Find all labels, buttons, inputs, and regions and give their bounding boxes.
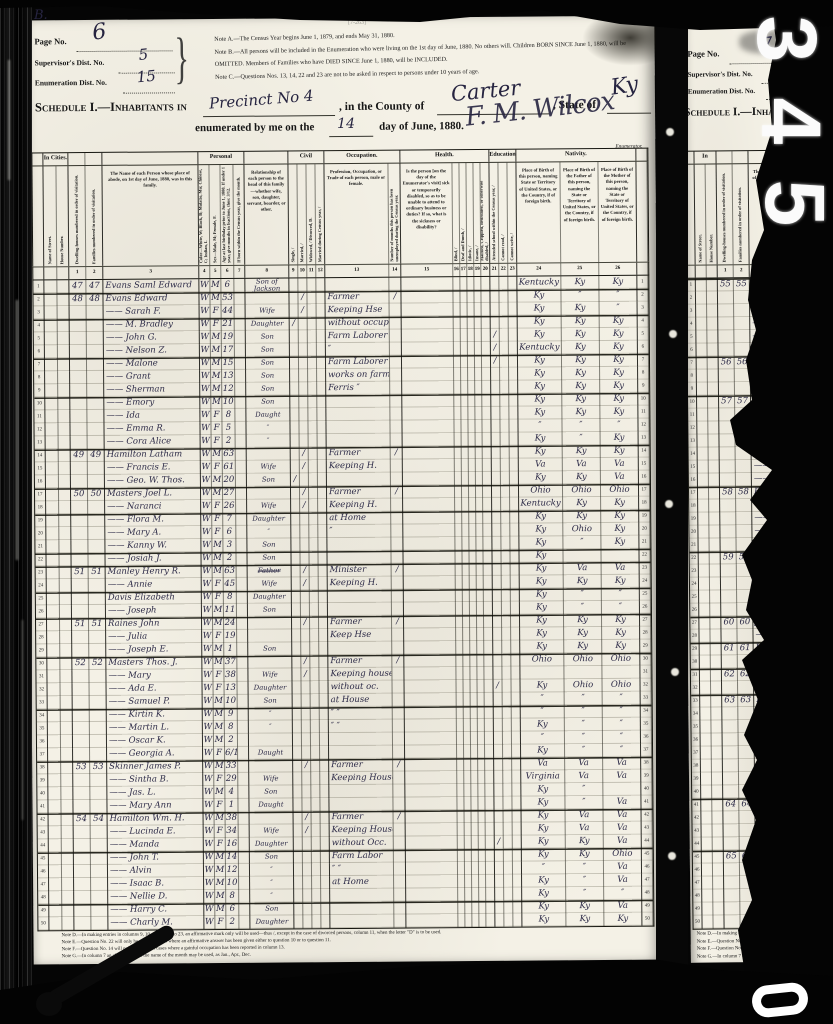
group-header: Health. — [400, 150, 489, 163]
cell-house — [713, 863, 724, 876]
cell-fam: 55 — [734, 278, 750, 291]
cell-mc — [484, 667, 493, 680]
cell-age: 12 — [222, 383, 235, 396]
cell-dw — [724, 837, 740, 850]
cell-name: Masters Joel L. — [105, 487, 201, 501]
group-header — [32, 153, 43, 165]
cell-house — [713, 824, 724, 837]
cell-rowl: 11 — [34, 410, 45, 423]
cell-mc — [482, 303, 491, 316]
cell-occ: ″ ″ — [330, 863, 394, 877]
cell-m: / — [301, 564, 310, 577]
cell-mo — [239, 851, 250, 864]
cell-rowl: 21 — [35, 540, 46, 553]
cell-name: Evans Saml Edward — [103, 279, 199, 293]
cell-sex: F — [214, 682, 225, 695]
cell-rowl: 32 — [37, 683, 48, 696]
cell-wd — [310, 668, 319, 681]
cell-mc — [485, 719, 494, 732]
cell-rowr: 24 — [640, 575, 651, 588]
cell-color: W — [202, 630, 213, 643]
cell-m — [303, 876, 312, 889]
cell-cr — [501, 472, 510, 485]
cell-age: 8 — [225, 721, 238, 734]
cell-age: 45 — [224, 578, 237, 591]
supervisor-district-value: 5 — [138, 45, 149, 64]
cell-rowr: 47 — [642, 874, 653, 887]
cell-rowl: 49 — [38, 904, 49, 917]
cell-mo — [237, 565, 248, 578]
cell-sch: / — [495, 836, 504, 849]
cell-rowr: 38 — [641, 757, 652, 770]
cell-fam — [88, 436, 105, 449]
cell-street — [45, 423, 58, 436]
cell-occ — [327, 538, 391, 552]
cell-rowr: 1 — [637, 276, 648, 289]
cell-wd — [308, 356, 317, 369]
cell-dw — [722, 655, 738, 668]
cell-rel: ″ — [247, 434, 291, 447]
cell-house — [710, 564, 721, 577]
cell-rowr: 40 — [641, 783, 652, 796]
cell-street — [47, 657, 60, 670]
cell-age: 29 — [225, 773, 238, 786]
cell-bp: Ky — [521, 744, 565, 757]
cell-wd — [312, 876, 321, 889]
cell-sex: M — [210, 292, 221, 305]
cell-cr — [500, 342, 509, 355]
cell-cr — [504, 862, 513, 875]
cell-mcy — [320, 798, 329, 811]
cell-sex: M — [211, 357, 222, 370]
cell-bp: Ky — [518, 315, 562, 328]
cell-occ: at Home — [327, 512, 391, 526]
cell-rowl: 50 — [693, 916, 702, 929]
cell-fbp: Ky — [563, 510, 601, 523]
cell-dw — [718, 343, 734, 356]
cell-sex: M — [214, 695, 225, 708]
cell-rowl: 4 — [34, 319, 45, 332]
cell-rowl: 47 — [693, 877, 702, 890]
cell-mu — [393, 733, 405, 746]
cell-sick — [402, 368, 454, 381]
cell-bp: Ohio — [520, 653, 564, 666]
cell-mo — [238, 799, 249, 812]
cell-house — [58, 397, 70, 410]
cell-sick — [406, 810, 458, 823]
cell-wd — [312, 824, 321, 837]
column-header: Place of Birth of the Mother of this per… — [598, 162, 637, 262]
cell-wd — [308, 330, 317, 343]
cell-bp: Ky — [517, 289, 561, 302]
cell-mcy — [319, 603, 328, 616]
cell-color: W — [200, 422, 211, 435]
cell-mo — [237, 643, 248, 656]
cell-sch — [492, 524, 501, 537]
cell-m — [299, 408, 308, 421]
cell-sch — [494, 797, 503, 810]
cell-dw — [720, 499, 736, 512]
cell-occ: ″ — [326, 343, 390, 357]
cell-s — [290, 369, 299, 382]
cell-mcy — [317, 369, 326, 382]
cell-dw — [74, 891, 91, 904]
cell-occ — [328, 642, 392, 656]
cell-mcy — [321, 824, 330, 837]
cell-cr — [503, 693, 512, 706]
cell-occ: ″ ″ — [329, 707, 393, 721]
cell-street — [702, 890, 713, 903]
cell-age: 33 — [225, 760, 238, 773]
cell-m: / — [303, 811, 312, 824]
cell-sch — [492, 472, 501, 485]
column-label-dw: Dwelling-houses numbered in order of vis… — [722, 164, 728, 264]
cell-mo — [235, 344, 246, 357]
cell-color: W — [200, 396, 211, 409]
cell-cr — [502, 615, 511, 628]
cell-m — [301, 603, 310, 616]
cell-fam — [736, 473, 752, 486]
cell-rel: Daughter — [249, 681, 293, 694]
cell-fbp — [563, 549, 601, 562]
cell-rowl: 22 — [690, 552, 699, 565]
cell-mcy — [317, 421, 326, 434]
cell-house — [708, 356, 719, 369]
cell-mc — [485, 784, 494, 797]
cell-mc — [484, 563, 493, 576]
cell-sex: M — [213, 617, 224, 630]
cell-mc — [482, 394, 491, 407]
cell-house — [708, 382, 719, 395]
cell-sick — [404, 628, 456, 641]
cell-house — [60, 644, 72, 657]
cell-s — [293, 759, 302, 772]
cell-color: W — [204, 851, 215, 864]
cell-rowl: 28 — [36, 631, 47, 644]
cell-sex: M — [213, 565, 224, 578]
cell-mo — [237, 656, 248, 669]
cell-sch — [493, 628, 502, 641]
cell-house — [61, 683, 73, 696]
cell-house — [710, 616, 721, 629]
column-label-wd: Widowed, / Divorced, D. — [308, 164, 314, 264]
cell-street — [697, 409, 708, 422]
cell-mu: / — [391, 486, 403, 499]
cell-fam — [89, 605, 106, 618]
cell-street — [699, 565, 710, 578]
cell-cw — [509, 420, 518, 433]
cell-mu — [391, 538, 403, 551]
cell-street — [699, 539, 710, 552]
cell-mc — [482, 316, 491, 329]
cell-fbp: ″ — [565, 705, 603, 718]
cell-dw: 47 — [69, 280, 86, 293]
cell-cw — [509, 407, 518, 420]
page-number-label: Page No. — [687, 48, 719, 58]
cell-mc — [485, 706, 494, 719]
cell-occ: Keeping House — [329, 772, 393, 786]
cell-fbp: Ky — [566, 913, 604, 926]
cell-mu — [394, 902, 406, 915]
cell-mo — [235, 331, 246, 344]
cell-street — [702, 916, 713, 929]
cell-wd — [311, 681, 320, 694]
cell-house — [62, 891, 74, 904]
cell-house — [712, 798, 723, 811]
cell-sick — [403, 498, 455, 511]
cell-rel: Daughter — [247, 512, 291, 525]
cell-fbp: Ky — [564, 614, 602, 627]
cell-mo — [235, 318, 246, 331]
cell-fam: 49 — [88, 449, 105, 462]
cell-wd — [309, 499, 318, 512]
cell-name: —— Francis E. — [105, 461, 201, 475]
cell-rel: Wife — [247, 499, 291, 512]
cell-occ: ″ — [327, 525, 391, 539]
cell-house — [60, 605, 72, 618]
cell-wd — [311, 707, 320, 720]
cell-street — [697, 370, 708, 383]
cell-wd — [312, 902, 321, 915]
cell-street — [46, 501, 59, 514]
cell-color: W — [201, 448, 212, 461]
cell-house — [709, 486, 720, 499]
cell-cr — [503, 758, 512, 771]
cell-name: —— Joseph — [106, 604, 202, 618]
cell-sick — [405, 745, 457, 758]
cell-street — [49, 917, 62, 930]
cell-name: —— Harry C. — [108, 903, 204, 917]
cell-m: / — [300, 460, 309, 473]
cell-occ — [330, 915, 394, 929]
cell-sex: F — [213, 630, 224, 643]
cell-dw: 56 — [719, 356, 735, 369]
cell-fam — [90, 735, 107, 748]
cell-rowr: 14 — [639, 445, 650, 458]
cell-bp: Ky — [518, 354, 562, 367]
cell-bp: ″ — [522, 861, 566, 874]
cell-name: —— Isaac B. — [108, 877, 204, 891]
cell-rowl: 31 — [36, 670, 47, 683]
cell-color: W — [202, 669, 213, 682]
cell-sex: M — [213, 643, 224, 656]
cell-mc — [484, 576, 493, 589]
cell-bp: Ky — [520, 614, 564, 627]
cell-rel: Father — [248, 564, 292, 577]
cell-rowr: 46 — [642, 861, 653, 874]
cell-color: W — [204, 864, 215, 877]
cell-dw — [720, 473, 736, 486]
cell-mcy — [317, 343, 326, 356]
cell-age: 7 — [223, 513, 236, 526]
cell-name: —— Julia — [106, 630, 202, 644]
state-value: Ky — [609, 72, 640, 101]
cell-name: —— Ida — [104, 409, 200, 423]
cell-wd — [307, 291, 316, 304]
cell-house — [61, 800, 73, 813]
cell-house — [59, 488, 71, 501]
cell-street — [46, 462, 59, 475]
cell-house — [712, 746, 723, 759]
cell-mcy — [320, 694, 329, 707]
cell-sick — [401, 277, 453, 290]
cell-dw — [724, 889, 740, 902]
cell-rowl: 1 — [33, 280, 44, 293]
cell-mcy — [321, 837, 330, 850]
cell-mu — [393, 694, 405, 707]
cell-rel: Wife — [248, 577, 292, 590]
cell-dw: 60 — [721, 616, 737, 629]
cell-cw — [512, 693, 521, 706]
cell-s — [291, 551, 300, 564]
cell-sch — [495, 849, 504, 862]
cell-m — [302, 785, 311, 798]
cell-wd — [308, 343, 317, 356]
cell-bp: Ky — [519, 445, 563, 458]
cell-mbp: Ohio — [604, 848, 642, 861]
cell-mbp: Ky — [601, 432, 639, 445]
cell-mc — [482, 407, 491, 420]
column-number: 4 — [199, 266, 210, 278]
cell-occ: Keeping H. — [328, 577, 392, 591]
cell-age: 5 — [222, 422, 235, 435]
cell-occ — [330, 889, 394, 903]
cell-s — [290, 330, 299, 343]
cell-street — [47, 579, 60, 592]
cell-street — [698, 461, 709, 474]
cell-s — [291, 512, 300, 525]
cell-dw — [74, 839, 91, 852]
cell-wd — [308, 395, 317, 408]
cell-fbp: Ky — [564, 627, 602, 640]
cell-house — [60, 631, 72, 644]
cell-wd — [310, 616, 319, 629]
cell-street — [49, 826, 62, 839]
cell-dw: 54 — [74, 813, 91, 826]
cell-cw — [511, 563, 520, 576]
cell-color: W — [201, 461, 212, 474]
cell-mu — [390, 330, 402, 343]
cell-house — [707, 278, 718, 291]
cell-dw: 48 — [69, 293, 86, 306]
cell-cw — [513, 810, 522, 823]
cell-sex: F — [211, 409, 222, 422]
cell-sex: F — [215, 838, 226, 851]
cell-cr — [502, 576, 511, 589]
cell-s — [294, 824, 303, 837]
cell-mbp: ″ — [600, 302, 638, 315]
cell-color: W — [200, 357, 211, 370]
cell-dw — [72, 670, 89, 683]
cell-name: —— Kanny W. — [105, 539, 201, 553]
cell-color: W — [203, 708, 214, 721]
cell-mo — [238, 708, 249, 721]
cell-cr — [501, 485, 510, 498]
cell-rowl: 37 — [692, 747, 701, 760]
cell-mbp — [602, 666, 640, 679]
cell-bp: Ky — [518, 367, 562, 380]
column-number: 10 — [298, 265, 307, 277]
cell-fbp: Ohio — [563, 484, 601, 497]
cell-mcy — [319, 590, 328, 603]
cell-color: W — [201, 435, 212, 448]
cell-rowl: 30 — [36, 657, 47, 670]
enumeration-district-label: Enumeration Dist. No. — [35, 78, 107, 88]
cell-fbp: ″ — [565, 744, 603, 757]
cell-occ: Farmer — [328, 616, 392, 630]
cell-cr — [500, 420, 509, 433]
cell-rowl: 29 — [36, 644, 47, 657]
cell-s — [289, 278, 298, 291]
cell-street — [48, 787, 61, 800]
cell-fam — [87, 397, 104, 410]
reel-digit: 4 — [748, 78, 833, 164]
cell-fam — [737, 629, 753, 642]
cell-wd — [312, 837, 321, 850]
cell-color: W — [201, 500, 212, 513]
column-number: 14 — [389, 265, 401, 277]
cell-fbp: ″ — [566, 874, 604, 887]
cell-mo — [238, 695, 249, 708]
cell-sex: F — [212, 500, 223, 513]
cell-mcy — [321, 850, 330, 863]
cell-rowl: 19 — [35, 514, 46, 527]
cell-cw — [510, 550, 519, 563]
cell-dw: 52 — [72, 657, 89, 670]
cell-occ: without occupation — [326, 317, 390, 331]
cell-street — [49, 891, 62, 904]
cell-house — [709, 460, 720, 473]
cell-name: —— Ada E. — [107, 682, 203, 696]
cell-mcy — [319, 629, 328, 642]
cell-mbp: Ky — [600, 354, 638, 367]
group-header: Occupation. — [324, 151, 400, 164]
cell-rowr: 17 — [639, 484, 650, 497]
cell-bp: Ky — [520, 588, 564, 601]
cell-street — [45, 397, 58, 410]
column-label-fbp: Place of Birth of the Father of this per… — [560, 162, 598, 262]
cell-sick — [405, 732, 457, 745]
cell-mc — [482, 355, 491, 368]
cell-street — [702, 851, 713, 864]
cell-occ: Ferris ″ — [326, 382, 390, 396]
cell-house — [62, 904, 74, 917]
cell-rel: Son — [247, 538, 291, 551]
cell-house — [708, 434, 719, 447]
cell-color: W — [199, 292, 210, 305]
cell-bp: Ky — [518, 406, 562, 419]
punch-hole — [666, 128, 674, 136]
cell-name: —— Oscar K. — [107, 734, 203, 748]
cell-mbp: Ky — [601, 523, 639, 536]
cell-color: W — [204, 838, 215, 851]
cell-bp: Ky — [522, 822, 566, 835]
cell-cr — [501, 537, 510, 550]
column-header: Relationship of each person to the head … — [244, 164, 289, 264]
cell-mcy — [321, 902, 330, 915]
cell-fbp: ″ — [563, 536, 601, 549]
cell-m: / — [303, 824, 312, 837]
cell-m — [303, 850, 312, 863]
enumeration-district-line — [123, 91, 175, 93]
cell-rel — [248, 629, 292, 642]
cell-fbp: ″ — [566, 887, 604, 900]
cell-s — [291, 460, 300, 473]
cell-m — [301, 590, 310, 603]
cell-color: W — [202, 565, 213, 578]
cell-sick — [405, 797, 457, 810]
cell-dw — [724, 902, 740, 915]
